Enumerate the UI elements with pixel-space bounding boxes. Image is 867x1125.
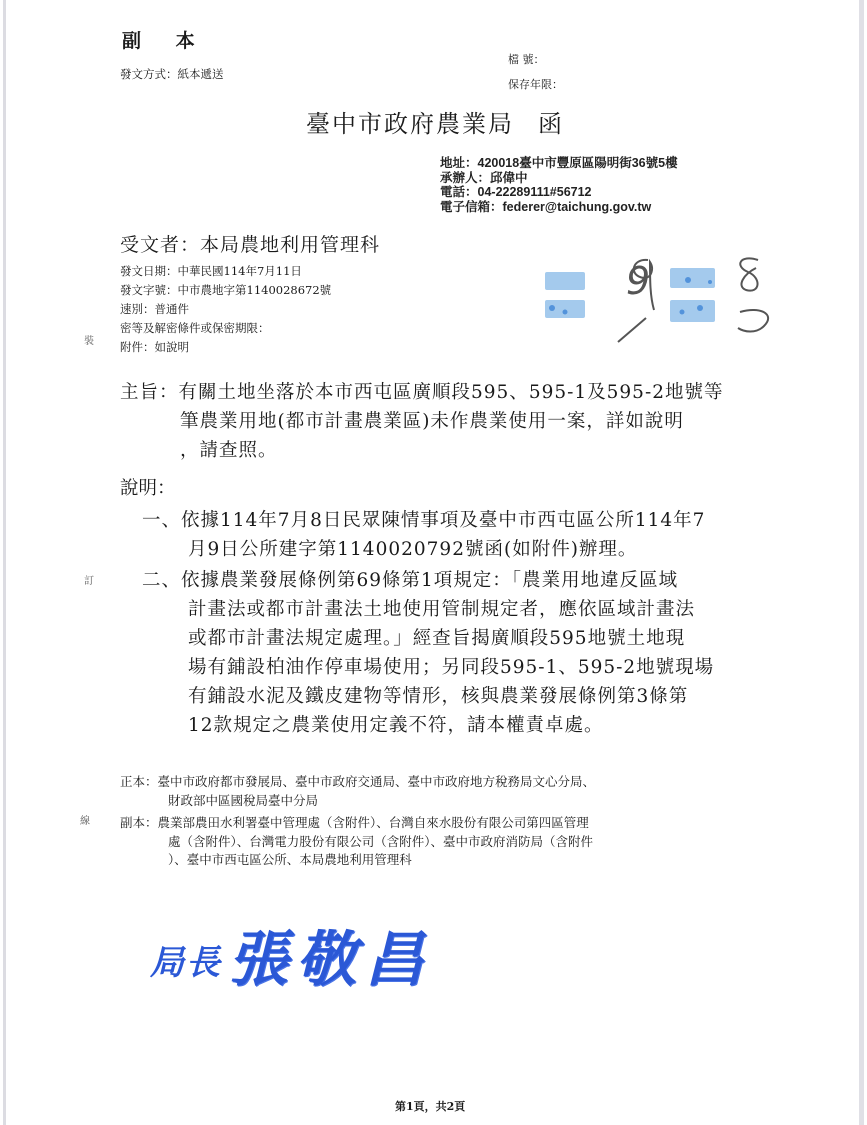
attachment: 附件：如說明 <box>120 338 331 357</box>
binding-mark: 線 <box>80 812 90 827</box>
subject: 主旨：有關土地坐落於本市西屯區廣順段595、595-1及595-2地號等 筆農業… <box>120 378 723 465</box>
signature-title: 局長 <box>150 943 222 983</box>
page-number: 第1頁，共2頁 <box>395 1098 465 1114</box>
send-method: 發文方式：紙本遞送 <box>120 66 224 82</box>
original-recipients: 財政部中區國稅局臺中分局 <box>120 792 595 811</box>
page-left-edge <box>3 0 6 1125</box>
explanation-line: 12款規定之農業使用定義不符，請本權責卓處。 <box>142 711 714 740</box>
copy-recipients: 副本：農業部農田水利署臺中管理處（含附件）、台灣自來水股份有限公司第四區管理 <box>120 814 595 833</box>
director-signature-stamp: 局長張敬昌 <box>150 912 432 998</box>
explanation-line: 計畫法或都市計畫法土地使用管制規定者，應依區域計畫法 <box>142 595 714 624</box>
archive-number-label: 檔 號： <box>508 51 545 67</box>
issue-date: 發文日期：中華民國114年7月11日 <box>120 262 331 281</box>
document-type: 函 <box>538 110 564 138</box>
subject-line: ，請查照。 <box>120 436 723 465</box>
explanation-line: 二、依據農業發展條例第69條第1項規定：「農業用地違反區域 <box>142 566 714 595</box>
received-stamp-icon: 9 <box>540 250 780 350</box>
page-right-edge <box>859 0 864 1125</box>
classification: 密等及解密條件或保密期限： <box>120 319 331 338</box>
recipient: 受文者：本局農地利用管理科 <box>120 230 380 257</box>
signature-name: 張敬昌 <box>228 925 432 995</box>
issuing-agency: 臺中市政府農業局 <box>306 110 514 138</box>
urgency: 速別：普通件 <box>120 300 331 319</box>
explanation-line: 月9日公所建字第1140020792號函(如附件)辦理。 <box>142 535 705 564</box>
explanation-line: 有鋪設水泥及鐵皮建物等情形，核與農業發展條例第3條第 <box>142 682 714 711</box>
explanation-line: 一、依據114年7月8日民眾陳情事項及臺中市西屯區公所114年7 <box>142 506 705 535</box>
contact-email: 電子信箱：federer@taichung.gov.tw <box>440 200 678 215</box>
contact-block: 地址：420018臺中市豐原區陽明街36號5樓 承辦人：邱偉中 電話：04-22… <box>440 156 678 214</box>
explanation-line: 或都市計畫法規定處理。」經查旨揭廣順段595地號土地現 <box>142 624 714 653</box>
contact-handler: 承辦人：邱偉中 <box>440 171 678 186</box>
document-title: 臺中市政府農業局函 <box>306 104 564 139</box>
document-number: 發文字號：中市農地字第1140028672號 <box>120 281 331 300</box>
explanation-line: 場有鋪設柏油作停車場使用；另同段595-1、595-2地號現場 <box>142 653 714 682</box>
explanation-item: 二、依據農業發展條例第69條第1項規定：「農業用地違反區域 計畫法或都市計畫法土… <box>142 566 714 740</box>
contact-address: 地址：420018臺中市豐原區陽明街36號5樓 <box>440 156 678 171</box>
binding-mark: 訂 <box>84 572 94 587</box>
copy-recipients: 處（含附件）、台灣電力股份有限公司（含附件）、臺中市政府消防局（含附件 <box>120 833 595 852</box>
copy-mark: 副 本 <box>122 26 209 53</box>
contact-phone: 電話：04-22289111#56712 <box>440 185 678 200</box>
original-recipients: 正本：臺中市政府都市發展局、臺中市政府交通局、臺中市政府地方稅務局文心分局、 <box>120 773 595 792</box>
explanation-label: 說明： <box>120 474 176 500</box>
copy-recipients: ）、臺中市西屯區公所、本局農地利用管理科 <box>120 851 595 870</box>
subject-line: 筆農業用地(都市計畫農業區)未作農業使用一案，詳如說明 <box>120 407 723 436</box>
document-meta: 發文日期：中華民國114年7月11日 發文字號：中市農地字第1140028672… <box>120 262 331 357</box>
explanation-item: 一、依據114年7月8日民眾陳情事項及臺中市西屯區公所114年7 月9日公所建字… <box>142 506 705 564</box>
subject-line: 主旨：有關土地坐落於本市西屯區廣順段595、595-1及595-2地號等 <box>120 378 723 407</box>
retention-label: 保存年限： <box>508 76 563 92</box>
svg-text:9: 9 <box>626 259 650 303</box>
distribution-list: 正本：臺中市政府都市發展局、臺中市政府交通局、臺中市政府地方稅務局文心分局、 財… <box>120 773 595 870</box>
binding-mark: 裝 <box>84 332 94 347</box>
